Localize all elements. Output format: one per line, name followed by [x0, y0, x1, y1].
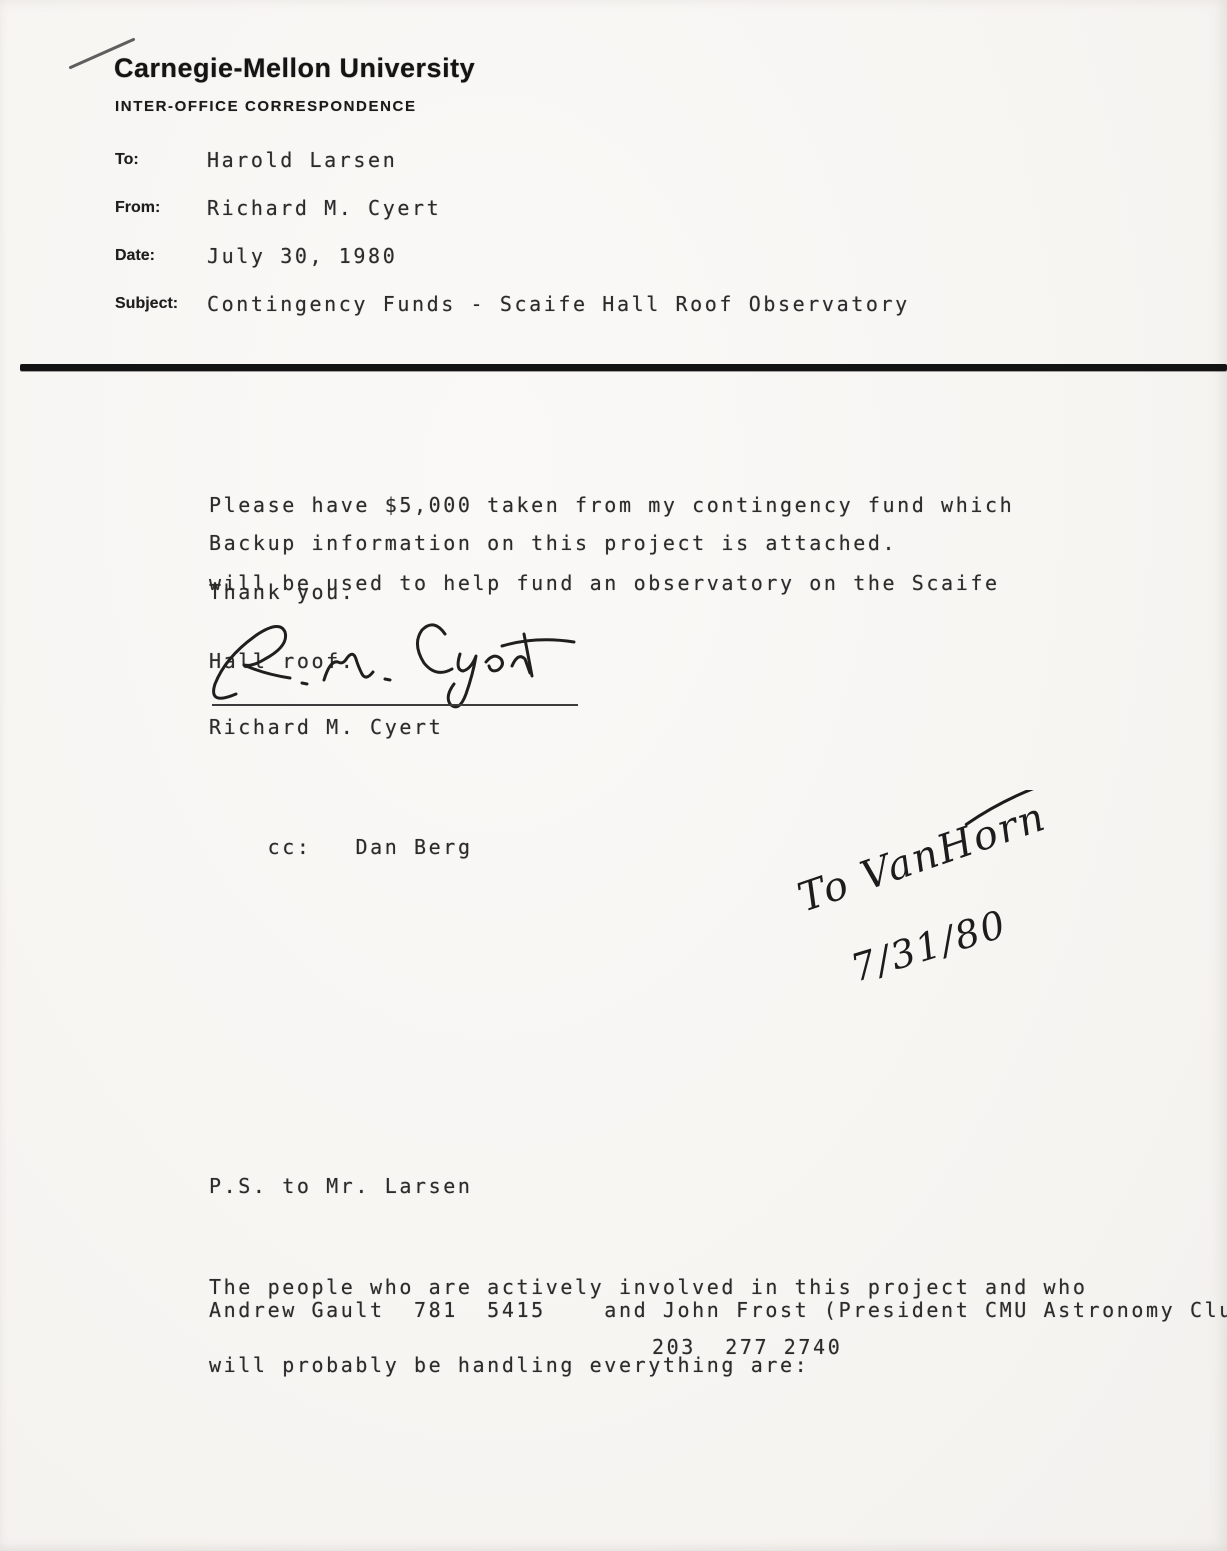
- field-value-date: July 30, 1980: [207, 243, 397, 269]
- memo-page: Carnegie-Mellon University INTER-OFFICE …: [0, 0, 1227, 1551]
- signature-rule: [212, 704, 578, 706]
- ps-heading: P.S. to Mr. Larsen: [209, 1173, 473, 1199]
- body-paragraph-3: Thank you.: [209, 579, 355, 605]
- ps-contacts-line: Andrew Gault 781 5415 and John Frost (Pr…: [209, 1297, 1227, 1323]
- cc-value: Dan Berg: [355, 835, 472, 859]
- body-line: Please have $5,000 taken from my conting…: [209, 492, 1014, 518]
- handwritten-annotation: To VanHorn 7/31/80: [770, 790, 1210, 1020]
- field-label-date: Date:: [115, 247, 155, 265]
- ps-line: will probably be handling everything are…: [209, 1352, 1087, 1378]
- cc-line: cc: Dan Berg: [209, 808, 473, 886]
- field-label-subject: Subject:: [115, 295, 178, 313]
- field-value-from: Richard M. Cyert: [207, 195, 441, 221]
- annotation-recipient: To VanHorn: [792, 794, 1052, 922]
- letterhead-subtitle: INTER-OFFICE CORRESPONDENCE: [115, 98, 417, 115]
- field-label-from: From:: [115, 199, 160, 217]
- ps-phone-line: 203 277 2740: [652, 1334, 842, 1360]
- body-paragraph-2: Backup information on this project is at…: [209, 530, 897, 556]
- field-value-to: Harold Larsen: [207, 147, 397, 173]
- annotation-date: 7/31/80: [846, 902, 1012, 991]
- letterhead-org-name: Carnegie-Mellon University: [114, 53, 475, 84]
- signature-typed-name: Richard M. Cyert: [209, 714, 443, 740]
- ps-paragraph: The people who are actively involved in …: [209, 1222, 1087, 1430]
- signature-scrawl: [202, 616, 602, 726]
- field-value-subject: Contingency Funds - Scaife Hall Roof Obs…: [207, 291, 910, 317]
- field-label-to: To:: [115, 151, 139, 169]
- cc-label: cc:: [268, 835, 312, 859]
- cc-spacer: [312, 835, 356, 859]
- header-divider-rule: [20, 364, 1227, 371]
